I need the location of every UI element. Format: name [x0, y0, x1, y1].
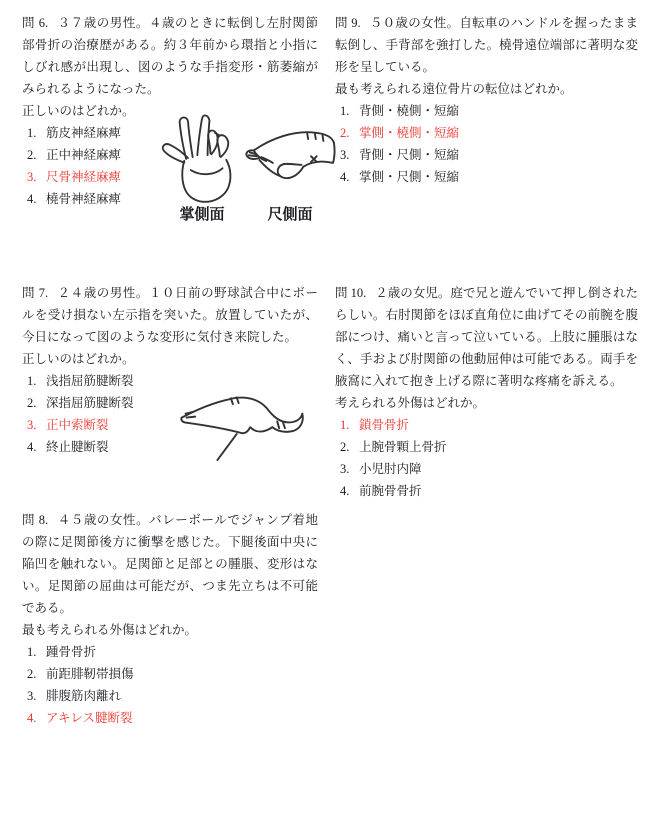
option-row: 1.背側・橈側・短縮: [340, 100, 638, 122]
options-list: 1.踵骨骨折 2.前距腓靭帯損傷 3.腓腹筋肉離れ 4.アキレス腱断裂: [22, 641, 318, 729]
option-number: 1.: [27, 370, 46, 392]
option-number: 3.: [27, 414, 46, 436]
option-row: 1.踵骨骨折: [27, 641, 318, 663]
question-block-10: 問 10.２歳の女児。庭で兄と遊んでいて押し倒されたらしい。右肘関節をほぼ直角位…: [335, 282, 638, 502]
option-number: 1.: [340, 100, 359, 122]
option-text: 踵骨骨折: [46, 645, 96, 659]
option-number: 2.: [340, 122, 359, 144]
option-text: 前距腓靭帯損傷: [46, 667, 134, 681]
figure-ulnar-view: 尺側面: [244, 118, 336, 224]
question-number: 問 7.: [22, 286, 48, 300]
figure-label-ulnar: 尺側面: [267, 206, 312, 224]
option-row: 3.腓腹筋肉離れ: [27, 685, 318, 707]
options-list: 1.背側・橈側・短縮 2.掌側・橈側・短縮 3.背側・尺側・短縮 4.掌側・尺側…: [335, 100, 638, 188]
question-body: 問 8.４５歳の女性。バレーボールでジャンプ着地の際に足関節後方に衝撃を感じた。…: [22, 509, 318, 619]
option-row: 2.掌側・橈側・短縮: [340, 122, 638, 144]
option-number: 4.: [340, 166, 359, 188]
option-number: 1.: [340, 414, 359, 436]
question-block-6: 問 6.３７歳の男性。４歳のときに転倒し左肘関節部骨折の治療歴がある。約３年前か…: [22, 12, 318, 210]
option-text: 腓腹筋肉離れ: [46, 689, 121, 703]
option-row: 4.アキレス腱断裂: [27, 707, 318, 729]
option-number: 3.: [340, 458, 359, 480]
option-number: 4.: [27, 707, 46, 729]
option-row: 3.小児肘内障: [340, 458, 638, 480]
question-block-9: 問 9.５０歳の女性。自転車のハンドルを握ったまま転倒し、手背部を強打した。橈骨…: [335, 12, 638, 188]
option-number: 3.: [27, 166, 46, 188]
option-number: 4.: [27, 436, 46, 458]
figure-label-palmar: 掌側面: [179, 206, 224, 224]
question-number: 問 6.: [22, 16, 48, 30]
claw-hand-palmar-sketch: [160, 112, 244, 204]
hand-deformity-figure: 掌側面 尺側面: [160, 112, 340, 224]
question-block-8: 問 8.４５歳の女性。バレーボールでジャンプ着地の際に足関節後方に衝撃を感じた。…: [22, 509, 318, 729]
option-text: 掌側・尺側・短縮: [359, 170, 459, 184]
option-text: 終止腱断裂: [46, 440, 109, 454]
option-row: 3.背側・尺側・短縮: [340, 144, 638, 166]
question-prompt: 最も考えられる外傷はどれか。: [22, 619, 318, 641]
option-number: 3.: [340, 144, 359, 166]
question-body-text: ２４歳の男性。１０日前の野球試合中にボールを受け損ない左示指を突いた。放置してい…: [22, 286, 318, 344]
boutonniere-finger-sketch: [176, 379, 308, 461]
option-text: 橈骨神経麻痺: [46, 192, 121, 206]
option-text: 背側・尺側・短縮: [359, 148, 459, 162]
option-number: 1.: [27, 641, 46, 663]
option-text: 尺骨神経麻痺: [46, 170, 121, 184]
option-text: 上腕骨顆上骨折: [359, 440, 447, 454]
option-number: 2.: [340, 436, 359, 458]
claw-hand-ulnar-sketch: [244, 118, 336, 204]
option-text: 正中神経麻痺: [46, 148, 121, 162]
option-text: 浅指屈筋腱断裂: [46, 374, 134, 388]
option-text: 鎖骨骨折: [359, 418, 409, 432]
question-body-text: ３７歳の男性。４歳のときに転倒し左肘関節部骨折の治療歴がある。約３年前から環指と…: [22, 16, 318, 96]
question-prompt: 最も考えられる遠位骨片の転位はどれか。: [335, 78, 638, 100]
option-number: 2.: [27, 144, 46, 166]
question-body: 問 6.３７歳の男性。４歳のときに転倒し左肘関節部骨折の治療歴がある。約３年前か…: [22, 12, 318, 100]
option-row: 4.掌側・尺側・短縮: [340, 166, 638, 188]
option-number: 3.: [27, 685, 46, 707]
question-body: 問 10.２歳の女児。庭で兄と遊んでいて押し倒されたらしい。右肘関節をほぼ直角位…: [335, 282, 638, 392]
option-row: 2.前距腓靭帯損傷: [27, 663, 318, 685]
figure-palmar-view: 掌側面: [160, 112, 244, 224]
option-number: 2.: [27, 392, 46, 414]
question-number: 問 10.: [335, 286, 366, 300]
question-body: 問 9.５０歳の女性。自転車のハンドルを握ったまま転倒し、手背部を強打した。橈骨…: [335, 12, 638, 78]
option-text: 背側・橈側・短縮: [359, 104, 459, 118]
question-prompt: 考えられる外傷はどれか。: [335, 392, 638, 414]
question-number: 問 8.: [22, 513, 48, 527]
question-body: 問 7.２４歳の男性。１０日前の野球試合中にボールを受け損ない左示指を突いた。放…: [22, 282, 318, 348]
option-text: 正中索断裂: [46, 418, 109, 432]
option-text: 筋皮神経麻痺: [46, 126, 121, 140]
option-text: 小児肘内障: [359, 462, 422, 476]
question-body-text: ４５歳の女性。バレーボールでジャンプ着地の際に足関節後方に衝撃を感じた。下腿後面…: [22, 513, 318, 615]
option-row: 2.上腕骨顆上骨折: [340, 436, 638, 458]
question-block-7: 問 7.２４歳の男性。１０日前の野球試合中にボールを受け損ない左示指を突いた。放…: [22, 282, 318, 458]
option-text: 掌側・橈側・短縮: [359, 126, 459, 140]
exam-document-page: 問 6.３７歳の男性。４歳のときに転倒し左肘関節部骨折の治療歴がある。約３年前か…: [0, 0, 649, 821]
question-prompt: 正しいのはどれか。: [22, 348, 318, 370]
finger-deformity-figure: [176, 379, 308, 461]
option-text: 前腕骨骨折: [359, 484, 422, 498]
options-list: 1.鎖骨骨折 2.上腕骨顆上骨折 3.小児肘内障 4.前腕骨骨折: [335, 414, 638, 502]
question-number: 問 9.: [335, 16, 361, 30]
option-row: 1.鎖骨骨折: [340, 414, 638, 436]
option-text: アキレス腱断裂: [46, 711, 133, 725]
option-number: 4.: [27, 188, 46, 210]
option-text: 深指屈筋腱断裂: [46, 396, 134, 410]
option-row: 4.前腕骨骨折: [340, 480, 638, 502]
option-number: 4.: [340, 480, 359, 502]
question-body-text: ２歳の女児。庭で兄と遊んでいて押し倒されたらしい。右肘関節をほぼ直角位に曲げてそ…: [335, 286, 638, 388]
option-number: 1.: [27, 122, 46, 144]
option-number: 2.: [27, 663, 46, 685]
question-body-text: ５０歳の女性。自転車のハンドルを握ったまま転倒し、手背部を強打した。橈骨遠位端部…: [335, 16, 638, 74]
